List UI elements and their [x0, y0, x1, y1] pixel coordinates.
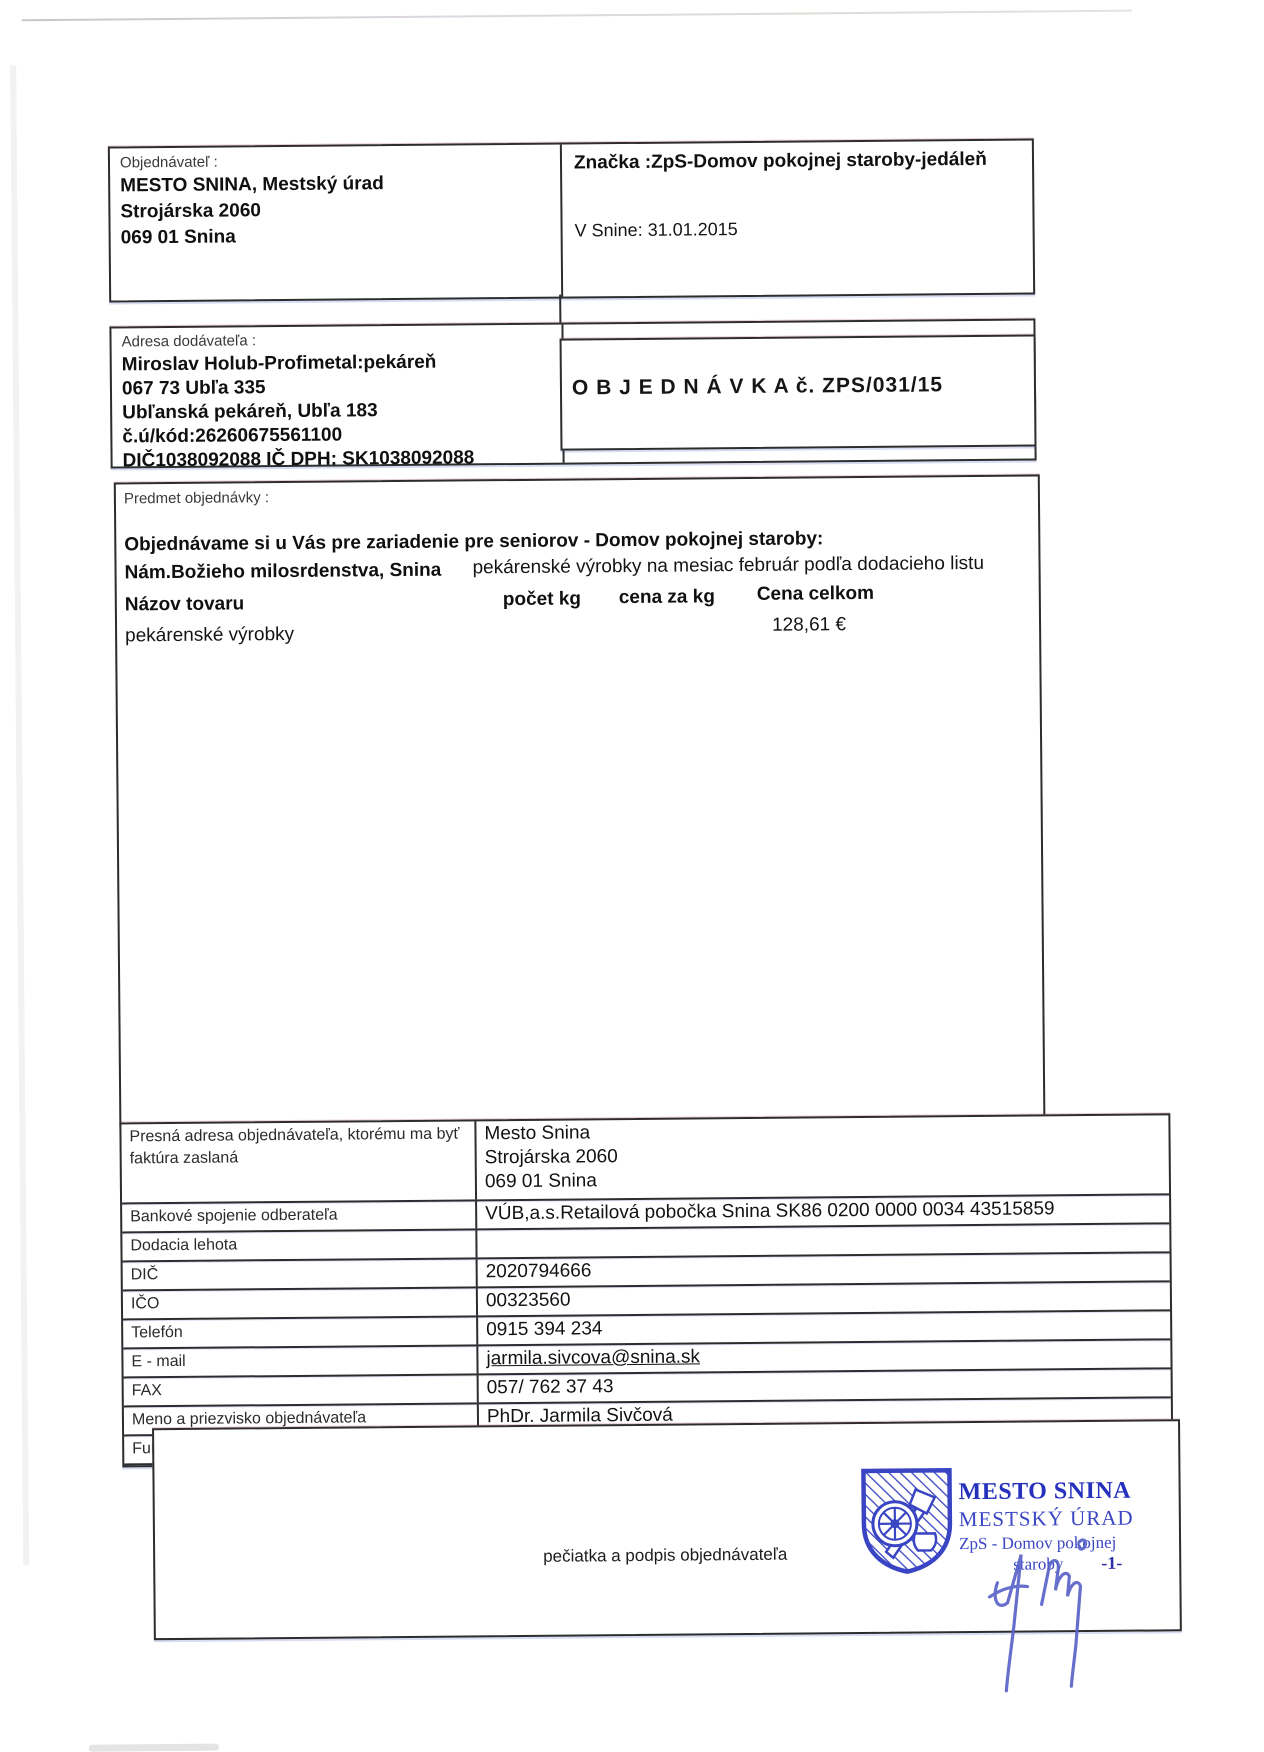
- signature-stamp-box: pečiatka a podpis objednávateľa: [152, 1419, 1182, 1640]
- row-label: IČO: [123, 1288, 478, 1318]
- handwritten-signature: [983, 1540, 1134, 1711]
- order-title: O B J E D N Á V K A č. ZPS/031/15: [572, 373, 943, 400]
- order-details-table: Presná adresa objednávateľa, ktorému ma …: [119, 1113, 1173, 1467]
- row-value: [477, 1224, 1169, 1257]
- item-total: 128,61 €: [772, 614, 846, 637]
- row-label: Dodacia lehota: [122, 1230, 477, 1260]
- row-label: Bankové spojenie odberateľa: [122, 1201, 477, 1231]
- subject-description: pekárenské výrobky na mesiac február pod…: [472, 553, 984, 579]
- scanned-order-document: Objednávateľ : MESTO SNINA, Mestský úrad…: [0, 0, 1264, 1752]
- gap-divider-line: [559, 295, 561, 325]
- reference-cell: Značka :ZpS-Domov pokojnej staroby-jedál…: [562, 140, 1033, 296]
- supplier-label: Adresa dodávateľa :: [121, 330, 549, 351]
- item-name: pekárenské výrobky: [125, 624, 294, 647]
- order-subject-box: Predmet objednávky : Objednávame si u Vá…: [114, 474, 1046, 1126]
- reference-text: Značka :ZpS-Domov pokojnej staroby-jedál…: [574, 149, 1020, 175]
- subject-label: Predmet objednávky :: [124, 489, 269, 507]
- row-value: Mesto Snina Strojárska 2060 069 01 Snina: [476, 1115, 1169, 1199]
- col-name: Názov tovaru: [125, 593, 244, 616]
- row-value: 2020794666: [478, 1253, 1170, 1286]
- row-label: Presná adresa objednávateľa, ktorému ma …: [121, 1121, 477, 1202]
- row-value: VÚB,a.s.Retailová pobočka Snina SK86 020…: [477, 1195, 1169, 1228]
- stamp-line-2: MESTSKÝ ÚRAD: [959, 1505, 1189, 1532]
- row-value: 00323560: [478, 1282, 1170, 1315]
- subject-intro: Objednávame si u Vás pre zariadenie pre …: [124, 528, 823, 556]
- stamp-line-1: MESTO SNINA: [959, 1477, 1189, 1506]
- scan-artifact-left-band: [10, 65, 29, 1565]
- buyer-cell: Objednávateľ : MESTO SNINA, Mestský úrad…: [110, 145, 559, 301]
- table-row: Presná adresa objednávateľa, ktorému ma …: [121, 1115, 1169, 1204]
- scan-artifact-top-line: [22, 10, 1132, 22]
- row-label: DIČ: [123, 1259, 478, 1289]
- subject-address: Nám.Božieho milosrdenstva, Snina: [124, 560, 441, 585]
- row-value: 0915 394 234: [478, 1311, 1170, 1344]
- scan-artifact-smudge: [89, 1744, 219, 1752]
- row-value: 057/ 762 37 43: [479, 1369, 1171, 1402]
- col-unit-price: cena za kg: [619, 586, 715, 609]
- buyer-label: Objednávateľ :: [120, 151, 548, 172]
- supplier-address: Miroslav Holub-Profimetal:pekáreň 067 73…: [122, 350, 551, 474]
- order-number-box: O B J E D N Á V K A č. ZPS/031/15: [560, 334, 1037, 450]
- place-date: V Snine: 31.01.2015: [575, 217, 1021, 242]
- col-qty: počet kg: [503, 588, 581, 611]
- buyer-header-box: Objednávateľ : MESTO SNINA, Mestský úrad…: [108, 138, 1035, 302]
- row-value-email: jarmila.sivcova@snina.sk: [478, 1340, 1170, 1373]
- supplier-cell: Adresa dodávateľa : Miroslav Holub-Profi…: [111, 325, 560, 467]
- col-total: Cena celkom: [757, 583, 874, 606]
- row-label: Telefón: [123, 1317, 478, 1347]
- row-label: FAX: [124, 1375, 479, 1405]
- buyer-address: MESTO SNINA, Mestský úrad Strojárska 206…: [120, 170, 549, 252]
- stamp-caption: pečiatka a podpis objednávateľa: [543, 1545, 787, 1567]
- city-coat-of-arms-icon: [858, 1465, 955, 1578]
- row-label: E - mail: [123, 1346, 478, 1376]
